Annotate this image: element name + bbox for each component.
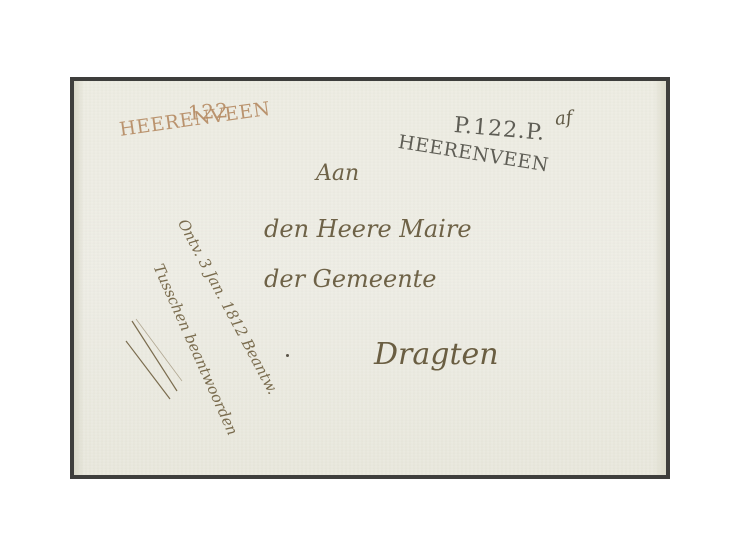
paper-fold-left [74, 81, 84, 475]
address-line-2: den Heere Maire [264, 215, 472, 243]
address-town: Dragten [374, 337, 499, 372]
address-line-3: der Gemeente [264, 265, 437, 293]
paper-fold-right [654, 81, 666, 475]
manuscript-af-annotation: af [554, 107, 574, 130]
letter-cover-frame: 122 HEERENVEEN P.122.P. HEERENVEEN af Aa… [70, 77, 670, 479]
address-line-1: Aan [316, 161, 359, 186]
docket-flourish-strokes [122, 311, 192, 401]
ink-dot [286, 354, 289, 357]
